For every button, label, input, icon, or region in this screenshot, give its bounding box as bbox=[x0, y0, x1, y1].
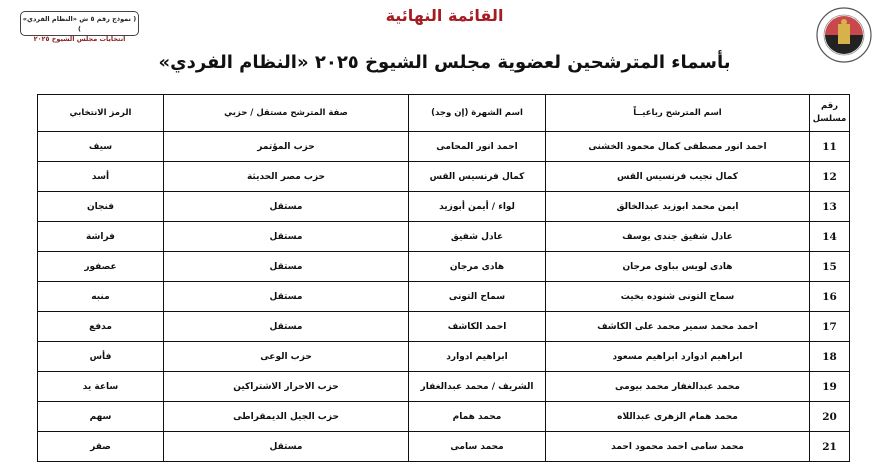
table-row: 11 احمد انور مصطفى كمال محمود الخشنى احم… bbox=[38, 132, 850, 162]
symbol-cell: أسد bbox=[38, 162, 164, 192]
nickname-cell: لواء / أيمن أبوزيد bbox=[409, 192, 546, 222]
status-cell: مستقل bbox=[164, 252, 409, 282]
nickname-cell: هادى مرجان bbox=[409, 252, 546, 282]
election-authority-logo-icon bbox=[815, 6, 873, 64]
full-name-cell: عادل شفيق جندى يوسف bbox=[546, 222, 810, 252]
table-row: 16 سماح التونى شنوده بخيت سماح التونى مس… bbox=[38, 282, 850, 312]
status-cell: حزب الجيل الديمقراطى bbox=[164, 402, 409, 432]
status-cell: حزب الاحرار الاشتراكين bbox=[164, 372, 409, 402]
status-cell: حزب الوعى bbox=[164, 342, 409, 372]
nickname-cell: محمد سامى bbox=[409, 432, 546, 462]
symbol-cell: صقر bbox=[38, 432, 164, 462]
full-name-cell: محمد سامى احمد محمود احمد bbox=[546, 432, 810, 462]
status-cell: مستقل bbox=[164, 192, 409, 222]
nickname-cell: احمد الكاشف bbox=[409, 312, 546, 342]
symbol-cell: مدفع bbox=[38, 312, 164, 342]
header-serial: رقم مسلسل bbox=[810, 95, 850, 132]
status-cell: مستقل bbox=[164, 282, 409, 312]
status-cell: حزب مصر الحديثة bbox=[164, 162, 409, 192]
table-row: 15 هادى لويس بباوى مرجان هادى مرجان مستق… bbox=[38, 252, 850, 282]
full-name-cell: احمد محمد سمير محمد على الكاشف bbox=[546, 312, 810, 342]
symbol-cell: فنجان bbox=[38, 192, 164, 222]
table-row: 17 احمد محمد سمير محمد على الكاشف احمد ا… bbox=[38, 312, 850, 342]
full-name-cell: هادى لويس بباوى مرجان bbox=[546, 252, 810, 282]
table-row: 21 محمد سامى احمد محمود احمد محمد سامى م… bbox=[38, 432, 850, 462]
header-status: صفة المترشح مستقل / حزبي bbox=[164, 95, 409, 132]
symbol-cell: عصفور bbox=[38, 252, 164, 282]
table-row: 20 محمد همام الزهرى عبداللاه محمد همام ح… bbox=[38, 402, 850, 432]
full-name-cell: ابراهيم ادوارد ابراهيم مسعود bbox=[546, 342, 810, 372]
symbol-cell: منبه bbox=[38, 282, 164, 312]
symbol-cell: سيف bbox=[38, 132, 164, 162]
nickname-cell: الشريف / محمد عبدالغفار bbox=[409, 372, 546, 402]
serial-cell: 12 bbox=[810, 162, 850, 192]
serial-cell: 21 bbox=[810, 432, 850, 462]
table-row: 13 ايمن محمد ابوزيد عبدالخالق لواء / أيم… bbox=[38, 192, 850, 222]
serial-cell: 15 bbox=[810, 252, 850, 282]
status-cell: مستقل bbox=[164, 312, 409, 342]
symbol-cell: فراشة bbox=[38, 222, 164, 252]
final-list-title: القائمة النهائية bbox=[0, 6, 889, 25]
election-name-line: انتخابات مجلس الشيوخ ٢٠٢٥ bbox=[21, 34, 138, 44]
symbol-cell: فأس bbox=[38, 342, 164, 372]
status-cell: مستقل bbox=[164, 222, 409, 252]
full-name-cell: محمد همام الزهرى عبداللاه bbox=[546, 402, 810, 432]
full-name-cell: احمد انور مصطفى كمال محمود الخشنى bbox=[546, 132, 810, 162]
nickname-cell: عادل شفيق bbox=[409, 222, 546, 252]
serial-cell: 19 bbox=[810, 372, 850, 402]
serial-cell: 20 bbox=[810, 402, 850, 432]
nickname-cell: كمال فرنسيس القس bbox=[409, 162, 546, 192]
candidates-table: رقم مسلسل اسم المترشح رباعيــاً اسم الشه… bbox=[37, 94, 850, 462]
table-row: 19 محمد عبدالغفار محمد بيومى الشريف / مح… bbox=[38, 372, 850, 402]
header-full-name: اسم المترشح رباعيــاً bbox=[546, 95, 810, 132]
serial-cell: 13 bbox=[810, 192, 850, 222]
table-row: 14 عادل شفيق جندى يوسف عادل شفيق مستقل ف… bbox=[38, 222, 850, 252]
header-nickname: اسم الشهرة (إن وجد) bbox=[409, 95, 546, 132]
table-header-row: رقم مسلسل اسم المترشح رباعيــاً اسم الشه… bbox=[38, 95, 850, 132]
nickname-cell: سماح التونى bbox=[409, 282, 546, 312]
full-name-cell: محمد عبدالغفار محمد بيومى bbox=[546, 372, 810, 402]
serial-cell: 18 bbox=[810, 342, 850, 372]
nickname-cell: احمد انور المحامى bbox=[409, 132, 546, 162]
header-symbol: الرمز الانتخابي bbox=[38, 95, 164, 132]
full-name-cell: ايمن محمد ابوزيد عبدالخالق bbox=[546, 192, 810, 222]
status-cell: مستقل bbox=[164, 432, 409, 462]
full-name-cell: سماح التونى شنوده بخيت bbox=[546, 282, 810, 312]
full-name-cell: كمال نجيب فرنسيس القس bbox=[546, 162, 810, 192]
symbol-cell: ساعة يد bbox=[38, 372, 164, 402]
nickname-cell: محمد همام bbox=[409, 402, 546, 432]
serial-cell: 16 bbox=[810, 282, 850, 312]
page-title: بأسماء المترشحين لعضوية مجلس الشيوخ ٢٠٢٥… bbox=[0, 52, 889, 73]
nickname-cell: ابراهيم ادوارد bbox=[409, 342, 546, 372]
serial-cell: 11 bbox=[810, 132, 850, 162]
symbol-cell: سهم bbox=[38, 402, 164, 432]
serial-cell: 14 bbox=[810, 222, 850, 252]
status-cell: حزب المؤتمر bbox=[164, 132, 409, 162]
serial-cell: 17 bbox=[810, 312, 850, 342]
table-row: 12 كمال نجيب فرنسيس القس كمال فرنسيس الق… bbox=[38, 162, 850, 192]
table-row: 18 ابراهيم ادوارد ابراهيم مسعود ابراهيم … bbox=[38, 342, 850, 372]
